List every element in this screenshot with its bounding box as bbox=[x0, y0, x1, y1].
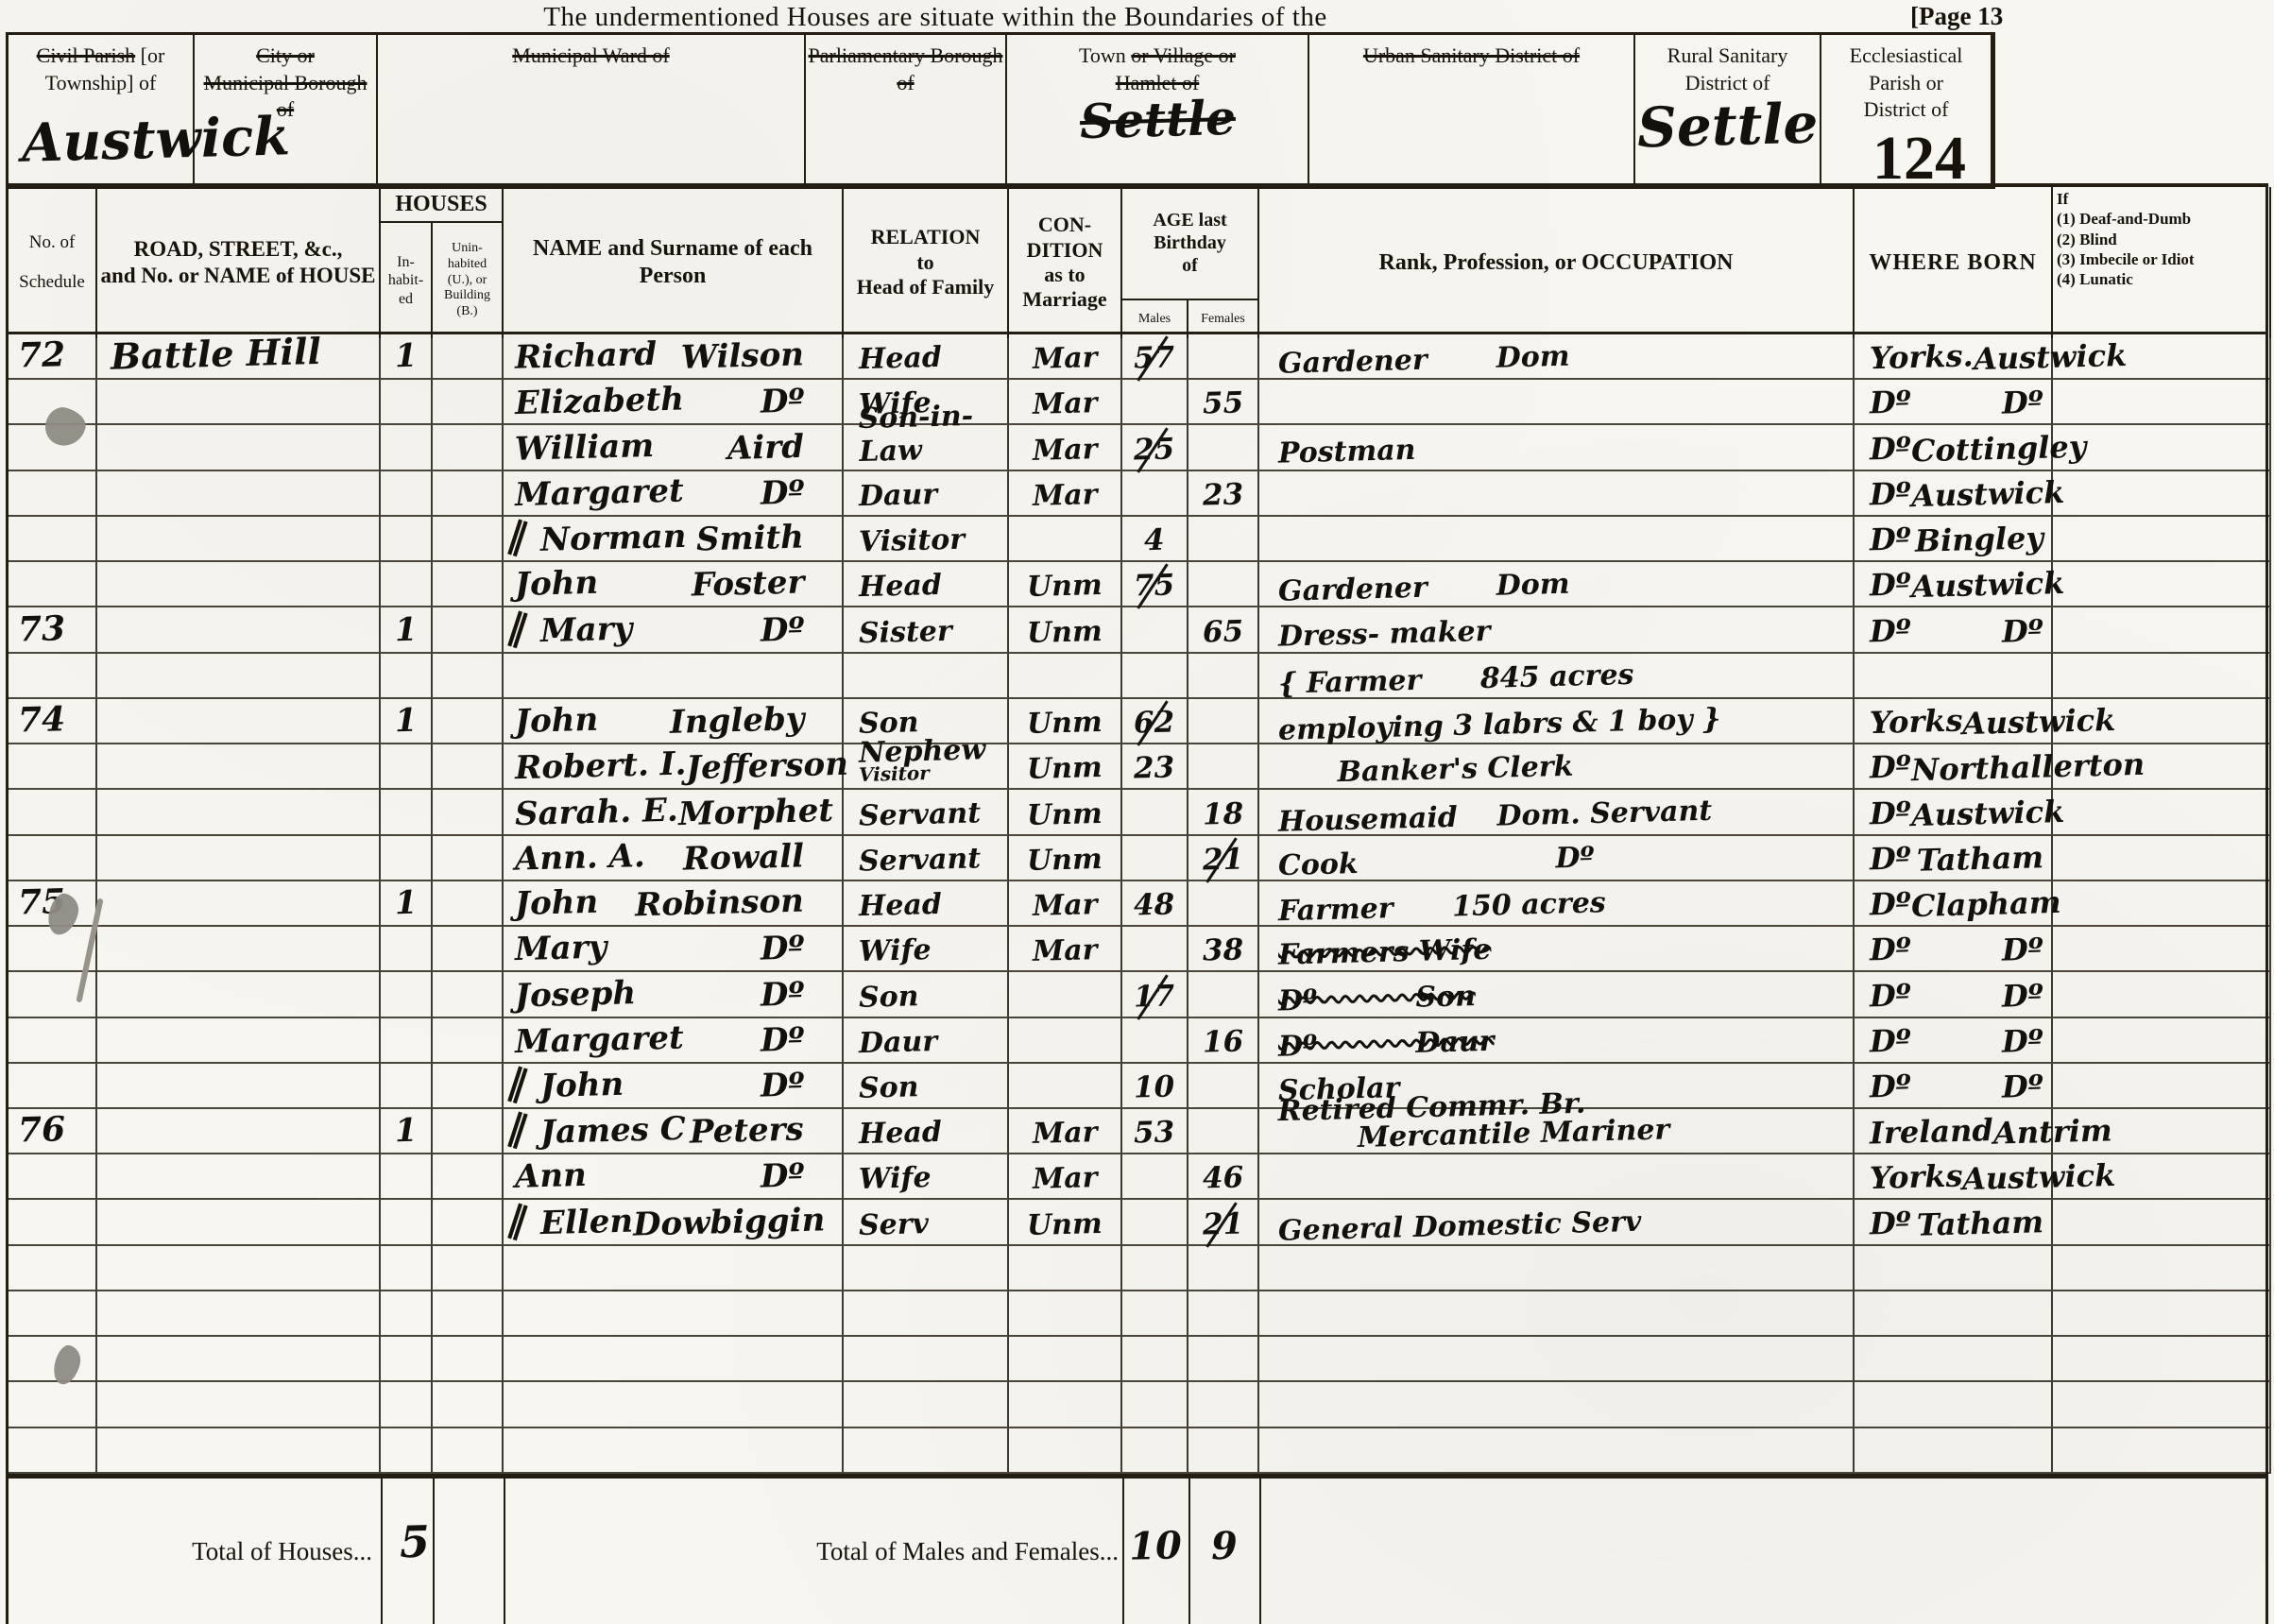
female-age-cell bbox=[1188, 1109, 1259, 1154]
header-box-value: Settle bbox=[1007, 96, 1308, 144]
name-cell: AnnDº bbox=[504, 1154, 844, 1200]
relation-cell: NephewVisitor bbox=[844, 744, 1009, 790]
col-header-schedule: No. of Schedule bbox=[9, 187, 97, 338]
where-born-cell: DºDº bbox=[1855, 1064, 2053, 1109]
inhabited-cell bbox=[381, 425, 433, 470]
where-born-cell: DºDº bbox=[1855, 972, 2053, 1017]
where-born-cell: DºAustwick bbox=[1855, 790, 2053, 835]
uninhabited-cell bbox=[433, 562, 504, 607]
schedule-cell bbox=[9, 562, 97, 607]
occupation-cell: Dº Son bbox=[1259, 972, 1855, 1017]
condition-cell: Mar bbox=[1009, 334, 1122, 380]
female-age-cell: 55 bbox=[1188, 380, 1259, 425]
occupation-cell: Gardener Dom bbox=[1259, 562, 1855, 607]
relation-cell bbox=[844, 1428, 1009, 1474]
uninhabited-cell bbox=[433, 517, 504, 562]
inhabited-cell: 1 bbox=[381, 334, 433, 380]
relation-cell: Servant bbox=[844, 790, 1009, 835]
occupation-cell: Gardener Dom bbox=[1259, 334, 1855, 380]
road-cell bbox=[97, 517, 381, 562]
col-header-infirmity: If (1) Deaf-and-Dumb (2) Blind (3) Imbec… bbox=[2053, 187, 2271, 338]
inhabited-cell bbox=[381, 517, 433, 562]
inhabited-cell: 1 bbox=[381, 699, 433, 744]
schedule-cell: 74 bbox=[9, 699, 97, 744]
relation-cell: Wife bbox=[844, 927, 1009, 972]
inhabited-cell bbox=[381, 1337, 433, 1382]
schedule-cell bbox=[9, 790, 97, 835]
condition-cell bbox=[1009, 1246, 1122, 1291]
header-box-label: City or Municipal Borough of bbox=[195, 43, 376, 124]
schedule-cell bbox=[9, 654, 97, 699]
uninhabited-cell bbox=[433, 744, 504, 790]
schedule-cell bbox=[9, 836, 97, 881]
infirmity-cell bbox=[2053, 699, 2271, 744]
header-box-urban-sanitary: Urban Sanitary District of bbox=[1309, 35, 1635, 186]
female-age-cell bbox=[1188, 881, 1259, 927]
inhabited-cell bbox=[381, 836, 433, 881]
relation-cell: Sister bbox=[844, 607, 1009, 653]
uninhabited-cell bbox=[433, 699, 504, 744]
uninhabited-cell bbox=[433, 1382, 504, 1427]
page-title: The undermentioned Houses are situate wi… bbox=[397, 2, 1474, 33]
occupation-cell bbox=[1259, 1291, 1855, 1337]
census-sheet: The undermentioned Houses are situate wi… bbox=[0, 0, 2274, 1624]
road-cell bbox=[97, 881, 381, 927]
condition-cell: Unm bbox=[1009, 744, 1122, 790]
relation-cell bbox=[844, 1291, 1009, 1337]
occupation-cell bbox=[1259, 1382, 1855, 1427]
where-born-cell bbox=[1855, 1337, 2053, 1382]
infirmity-cell bbox=[2053, 334, 2271, 380]
infirmity-cell bbox=[2053, 836, 2271, 881]
male-age-cell bbox=[1122, 927, 1188, 972]
header-box-value: Settle bbox=[1635, 98, 1820, 154]
header-box-label: Municipal Ward of bbox=[378, 43, 804, 70]
occupation-cell bbox=[1259, 517, 1855, 562]
female-age-cell bbox=[1188, 425, 1259, 470]
occupation-cell bbox=[1259, 1154, 1855, 1200]
col-header-inhabited: In- habit- ed bbox=[381, 223, 433, 338]
where-born-cell: YorksAustwick bbox=[1855, 1154, 2053, 1200]
infirmity-cell bbox=[2053, 790, 2271, 835]
schedule-cell bbox=[9, 1428, 97, 1474]
relation-cell: Wife bbox=[844, 1154, 1009, 1200]
name-cell bbox=[504, 1291, 844, 1337]
infirmity-cell bbox=[2053, 881, 2271, 927]
schedule-cell bbox=[9, 1246, 97, 1291]
condition-cell: Mar bbox=[1009, 380, 1122, 425]
infirmity-cell bbox=[2053, 1382, 2271, 1427]
road-cell bbox=[97, 1018, 381, 1064]
name-cell bbox=[504, 1337, 844, 1382]
uninhabited-cell bbox=[433, 881, 504, 927]
schedule-cell bbox=[9, 744, 97, 790]
infirmity-cell bbox=[2053, 471, 2271, 517]
uninhabited-cell bbox=[433, 927, 504, 972]
infirmity-cell bbox=[2053, 1337, 2271, 1382]
road-cell bbox=[97, 380, 381, 425]
male-age-cell bbox=[1122, 1337, 1188, 1382]
inhabited-cell: 1 bbox=[381, 1109, 433, 1154]
name-cell: ∥EllenDowbiggin bbox=[504, 1200, 844, 1245]
where-born-cell: DºAustwick bbox=[1855, 471, 2053, 517]
uninhabited-cell bbox=[433, 1291, 504, 1337]
occupation-cell bbox=[1259, 1337, 1855, 1382]
occupation-cell: { Farmer 845 acres bbox=[1259, 654, 1855, 699]
uninhabited-cell bbox=[433, 1064, 504, 1109]
occupation-cell bbox=[1259, 1428, 1855, 1474]
col-header-females: Females bbox=[1188, 299, 1259, 338]
condition-cell bbox=[1009, 1382, 1122, 1427]
name-cell: JohnFoster bbox=[504, 562, 844, 607]
header-box-value: 124 bbox=[1821, 128, 1991, 190]
infirmity-cell bbox=[2053, 607, 2271, 653]
infirmity-cell bbox=[2053, 1200, 2271, 1245]
female-age-cell: 21 bbox=[1188, 1200, 1259, 1245]
boundary-header-boxes: Civil Parish [or Township] ofAustwickCit… bbox=[6, 32, 1995, 189]
road-cell bbox=[97, 1428, 381, 1474]
road-cell bbox=[97, 654, 381, 699]
male-age-cell: 53 bbox=[1122, 1109, 1188, 1154]
condition-cell bbox=[1009, 1428, 1122, 1474]
female-age-cell bbox=[1188, 562, 1259, 607]
inhabited-cell bbox=[381, 744, 433, 790]
name-cell: ∥MaryDº bbox=[504, 607, 844, 653]
col-header-condition: CON- DITION as to Marriage bbox=[1009, 187, 1122, 338]
male-age-cell: 23 bbox=[1122, 744, 1188, 790]
col-header-where-born: WHERE BORN bbox=[1855, 187, 2053, 338]
inhabited-cell bbox=[381, 562, 433, 607]
male-age-cell: 10 bbox=[1122, 1064, 1188, 1109]
header-box-label: Town or Village or Hamlet of bbox=[1007, 43, 1308, 96]
relation-cell: Daur bbox=[844, 1018, 1009, 1064]
header-box-value: Austwick bbox=[9, 113, 193, 167]
female-age-cell bbox=[1188, 1246, 1259, 1291]
header-box-town-village: Town or Village or Hamlet ofSettle bbox=[1007, 35, 1309, 186]
infirmity-cell bbox=[2053, 1154, 2271, 1200]
occupation-cell: Farmers Wife bbox=[1259, 927, 1855, 972]
relation-cell: Head bbox=[844, 562, 1009, 607]
infirmity-cell bbox=[2053, 1064, 2271, 1109]
col-header-uninhabited: Unin- habited (U.), or Building (B.) bbox=[433, 223, 504, 338]
road-cell bbox=[97, 1291, 381, 1337]
column-divider bbox=[1259, 1479, 1261, 1624]
total-males-value: 10 bbox=[1123, 1523, 1187, 1569]
name-cell: Robert. I.Jefferson bbox=[504, 744, 844, 790]
inhabited-cell bbox=[381, 972, 433, 1017]
uninhabited-cell bbox=[433, 1018, 504, 1064]
male-age-cell: 4 bbox=[1122, 517, 1188, 562]
infirmity-cell bbox=[2053, 517, 2271, 562]
where-born-cell bbox=[1855, 1428, 2053, 1474]
female-age-cell: 46 bbox=[1188, 1154, 1259, 1200]
where-born-cell: DºTatham bbox=[1855, 1200, 2053, 1245]
male-age-cell bbox=[1122, 471, 1188, 517]
schedule-cell bbox=[9, 1291, 97, 1337]
condition-cell: Unm bbox=[1009, 836, 1122, 881]
name-cell bbox=[504, 654, 844, 699]
where-born-cell: DºNorthallerton bbox=[1855, 744, 2053, 790]
col-header-road: ROAD, STREET, &c., and No. or NAME of HO… bbox=[97, 187, 381, 338]
header-box-label: Civil Parish [or Township] of bbox=[9, 43, 193, 96]
inhabited-cell bbox=[381, 1246, 433, 1291]
schedule-cell: 76 bbox=[9, 1109, 97, 1154]
relation-cell: Son bbox=[844, 1064, 1009, 1109]
relation-cell: Daur bbox=[844, 471, 1009, 517]
name-cell: ∥JohnDº bbox=[504, 1064, 844, 1109]
inhabited-cell bbox=[381, 1382, 433, 1427]
relation-cell bbox=[844, 1382, 1009, 1427]
inhabited-cell bbox=[381, 1018, 433, 1064]
infirmity-cell bbox=[2053, 927, 2271, 972]
road-cell bbox=[97, 471, 381, 517]
male-age-cell bbox=[1122, 1154, 1188, 1200]
road-cell bbox=[97, 1337, 381, 1382]
male-age-cell: 57 bbox=[1122, 334, 1188, 380]
occupation-cell bbox=[1259, 471, 1855, 517]
name-cell: ∥NormanSmith bbox=[504, 517, 844, 562]
infirmity-cell bbox=[2053, 425, 2271, 470]
road-cell: Battle Hill bbox=[97, 334, 381, 380]
male-age-cell bbox=[1122, 654, 1188, 699]
condition-cell bbox=[1009, 1337, 1122, 1382]
condition-cell: Unm bbox=[1009, 699, 1122, 744]
where-born-cell: YorksAustwick bbox=[1855, 699, 2053, 744]
relation-cell: Servant bbox=[844, 836, 1009, 881]
inhabited-cell bbox=[381, 1154, 433, 1200]
infirmity-cell bbox=[2053, 744, 2271, 790]
female-age-cell: 65 bbox=[1188, 607, 1259, 653]
female-age-cell: 16 bbox=[1188, 1018, 1259, 1064]
male-age-cell: 48 bbox=[1122, 881, 1188, 927]
road-cell bbox=[97, 972, 381, 1017]
male-age-cell bbox=[1122, 1246, 1188, 1291]
male-age-cell bbox=[1122, 1200, 1188, 1245]
where-born-cell: DºAustwick bbox=[1855, 562, 2053, 607]
female-age-cell bbox=[1188, 1064, 1259, 1109]
total-houses-value: 5 bbox=[385, 1515, 443, 1568]
census-table-body: 72Battle Hill1RichardWilsonHeadMar57Gard… bbox=[6, 334, 2268, 1474]
where-born-cell: DºBingley bbox=[1855, 517, 2053, 562]
header-box-label: Parliamentary Borough of bbox=[806, 43, 1005, 96]
relation-cell: Head bbox=[844, 1109, 1009, 1154]
header-box-rural-sanitary: Rural Sanitary District ofSettle bbox=[1635, 35, 1821, 186]
female-age-cell bbox=[1188, 334, 1259, 380]
road-cell bbox=[97, 836, 381, 881]
header-box-municipal-ward: Municipal Ward of bbox=[378, 35, 806, 186]
female-age-cell bbox=[1188, 517, 1259, 562]
road-cell bbox=[97, 927, 381, 972]
condition-cell: Unm bbox=[1009, 562, 1122, 607]
uninhabited-cell bbox=[433, 425, 504, 470]
where-born-cell: IrelandAntrim bbox=[1855, 1109, 2053, 1154]
where-born-cell bbox=[1855, 1246, 2053, 1291]
male-age-cell bbox=[1122, 1382, 1188, 1427]
male-age-cell bbox=[1122, 380, 1188, 425]
col-header-name: NAME and Surname of each Person bbox=[504, 187, 844, 338]
uninhabited-cell bbox=[433, 1154, 504, 1200]
where-born-cell bbox=[1855, 1291, 2053, 1337]
page-number-label: [Page 13 bbox=[1910, 2, 2003, 31]
where-born-cell: DºDº bbox=[1855, 1018, 2053, 1064]
female-age-cell bbox=[1188, 1428, 1259, 1474]
name-cell: JohnIngleby bbox=[504, 699, 844, 744]
uninhabited-cell bbox=[433, 654, 504, 699]
occupation-cell: Postman bbox=[1259, 425, 1855, 470]
road-cell bbox=[97, 744, 381, 790]
name-cell: Sarah. E.Morphet bbox=[504, 790, 844, 835]
uninhabited-cell bbox=[433, 380, 504, 425]
condition-cell bbox=[1009, 1291, 1122, 1337]
road-cell bbox=[97, 1154, 381, 1200]
where-born-cell: DºCottingley bbox=[1855, 425, 2053, 470]
col-header-houses: HOUSES bbox=[381, 187, 504, 223]
female-age-cell bbox=[1188, 654, 1259, 699]
female-age-cell: 21 bbox=[1188, 836, 1259, 881]
name-cell bbox=[504, 1246, 844, 1291]
where-born-cell: Yorks.Austwick bbox=[1855, 334, 2053, 380]
male-age-cell: 17 bbox=[1122, 972, 1188, 1017]
male-age-cell bbox=[1122, 1428, 1188, 1474]
schedule-cell bbox=[9, 1154, 97, 1200]
male-age-cell: 62 bbox=[1122, 699, 1188, 744]
road-cell bbox=[97, 1109, 381, 1154]
road-cell bbox=[97, 1200, 381, 1245]
relation-cell: Head bbox=[844, 881, 1009, 927]
inhabited-cell bbox=[381, 654, 433, 699]
female-age-cell: 38 bbox=[1188, 927, 1259, 972]
total-males-females-label: Total of Males and Females... bbox=[613, 1537, 1119, 1566]
condition-cell: Unm bbox=[1009, 790, 1122, 835]
inhabited-cell bbox=[381, 1428, 433, 1474]
schedule-cell: 72 bbox=[9, 334, 97, 380]
where-born-cell: DºTatham bbox=[1855, 836, 2053, 881]
condition-cell bbox=[1009, 972, 1122, 1017]
inhabited-cell bbox=[381, 1200, 433, 1245]
relation-cell bbox=[844, 1246, 1009, 1291]
uninhabited-cell bbox=[433, 334, 504, 380]
where-born-cell bbox=[1855, 1382, 2053, 1427]
where-born-cell: DºDº bbox=[1855, 927, 2053, 972]
condition-cell: Unm bbox=[1009, 607, 1122, 653]
condition-cell bbox=[1009, 1018, 1122, 1064]
condition-cell: Mar bbox=[1009, 881, 1122, 927]
name-cell: MargaretDº bbox=[504, 1018, 844, 1064]
name-cell: JosephDº bbox=[504, 972, 844, 1017]
road-cell bbox=[97, 699, 381, 744]
total-houses-label: Total of Houses... bbox=[9, 1537, 372, 1566]
condition-cell: Mar bbox=[1009, 471, 1122, 517]
infirmity-cell bbox=[2053, 654, 2271, 699]
uninhabited-cell bbox=[433, 1428, 504, 1474]
header-box-label: Ecclesiastical Parish or District of bbox=[1821, 43, 1991, 124]
road-cell bbox=[97, 790, 381, 835]
road-cell bbox=[97, 1064, 381, 1109]
name-cell: ElizabethDº bbox=[504, 380, 844, 425]
occupation-cell: Dress- maker bbox=[1259, 607, 1855, 653]
name-cell: MargaretDº bbox=[504, 471, 844, 517]
male-age-cell: 25 bbox=[1122, 425, 1188, 470]
uninhabited-cell bbox=[433, 1246, 504, 1291]
infirmity-cell bbox=[2053, 1246, 2271, 1291]
schedule-cell: 73 bbox=[9, 607, 97, 653]
condition-cell bbox=[1009, 517, 1122, 562]
road-cell bbox=[97, 1246, 381, 1291]
column-divider bbox=[381, 1479, 383, 1624]
name-cell: JohnRobinson bbox=[504, 881, 844, 927]
female-age-cell: 23 bbox=[1188, 471, 1259, 517]
inhabited-cell bbox=[381, 1064, 433, 1109]
occupation-cell: Housemaid Dom. Servant bbox=[1259, 790, 1855, 835]
condition-cell: Mar bbox=[1009, 425, 1122, 470]
condition-cell: Mar bbox=[1009, 1109, 1122, 1154]
col-header-occupation: Rank, Profession, or OCCUPATION bbox=[1259, 187, 1855, 338]
schedule-cell bbox=[9, 1382, 97, 1427]
condition-cell bbox=[1009, 654, 1122, 699]
schedule-cell bbox=[9, 1200, 97, 1245]
col-header-males: Males bbox=[1122, 299, 1188, 338]
relation-cell: Head bbox=[844, 334, 1009, 380]
where-born-cell: DºDº bbox=[1855, 607, 2053, 653]
inhabited-cell bbox=[381, 380, 433, 425]
occupation-cell: Farmer 150 acres bbox=[1259, 881, 1855, 927]
road-cell bbox=[97, 1382, 381, 1427]
condition-cell: Mar bbox=[1009, 1154, 1122, 1200]
condition-cell bbox=[1009, 1064, 1122, 1109]
relation-cell: Son bbox=[844, 972, 1009, 1017]
occupation-cell: General Domestic Serv bbox=[1259, 1200, 1855, 1245]
male-age-cell bbox=[1122, 607, 1188, 653]
male-age-cell bbox=[1122, 1018, 1188, 1064]
occupation-cell: Dº Daur bbox=[1259, 1018, 1855, 1064]
relation-cell: Son-in-Law bbox=[844, 425, 1009, 470]
name-cell: WilliamAird bbox=[504, 425, 844, 470]
schedule-cell bbox=[9, 1018, 97, 1064]
infirmity-cell bbox=[2053, 562, 2271, 607]
where-born-cell: DºDº bbox=[1855, 380, 2053, 425]
inhabited-cell: 1 bbox=[381, 881, 433, 927]
infirmity-cell bbox=[2053, 972, 2271, 1017]
schedule-cell bbox=[9, 1064, 97, 1109]
condition-cell: Mar bbox=[1009, 927, 1122, 972]
relation-cell bbox=[844, 654, 1009, 699]
road-cell bbox=[97, 562, 381, 607]
name-cell bbox=[504, 1382, 844, 1427]
name-cell: Ann. A.Rowall bbox=[504, 836, 844, 881]
male-age-cell: 75 bbox=[1122, 562, 1188, 607]
uninhabited-cell bbox=[433, 471, 504, 517]
uninhabited-cell bbox=[433, 972, 504, 1017]
condition-cell: Unm bbox=[1009, 1200, 1122, 1245]
inhabited-cell bbox=[381, 927, 433, 972]
male-age-cell bbox=[1122, 836, 1188, 881]
infirmity-cell bbox=[2053, 380, 2271, 425]
totals-row: Total of Houses... 5 Total of Males and … bbox=[6, 1474, 2268, 1624]
female-age-cell: 18 bbox=[1188, 790, 1259, 835]
name-cell bbox=[504, 1428, 844, 1474]
occupation-cell: Banker's Clerk bbox=[1259, 744, 1855, 790]
uninhabited-cell bbox=[433, 1109, 504, 1154]
where-born-cell: DºClapham bbox=[1855, 881, 2053, 927]
female-age-cell bbox=[1188, 699, 1259, 744]
infirmity-cell bbox=[2053, 1109, 2271, 1154]
header-box-parliamentary-borough: Parliamentary Borough of bbox=[806, 35, 1007, 186]
uninhabited-cell bbox=[433, 1200, 504, 1245]
inhabited-cell: 1 bbox=[381, 607, 433, 653]
relation-cell: Serv bbox=[844, 1200, 1009, 1245]
name-cell: RichardWilson bbox=[504, 334, 844, 380]
female-age-cell bbox=[1188, 1337, 1259, 1382]
